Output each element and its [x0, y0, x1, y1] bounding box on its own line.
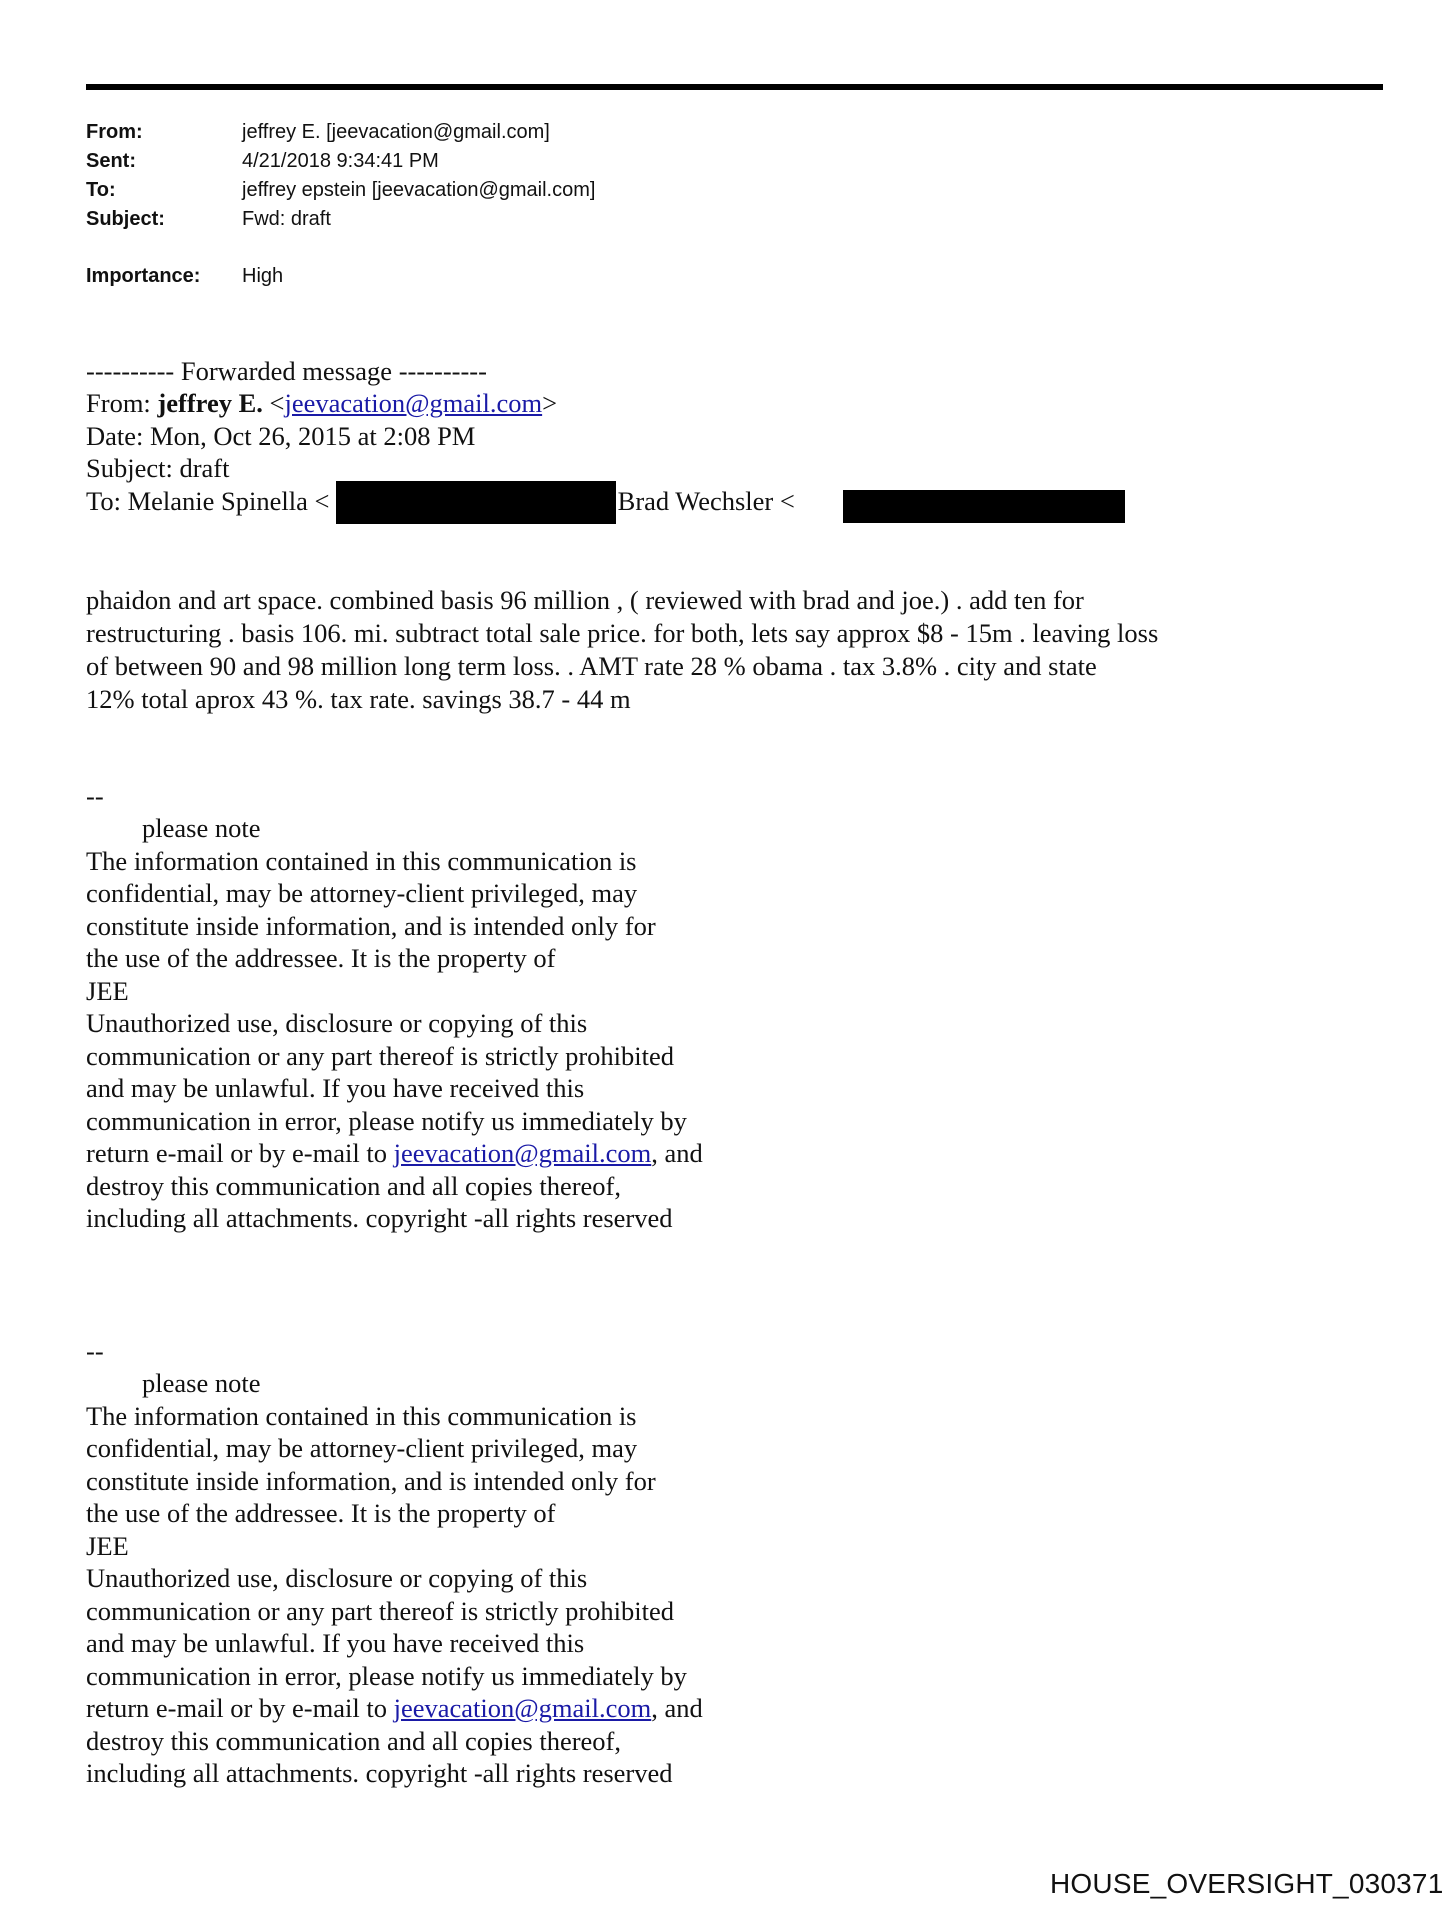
forwarded-subject: Subject: draft: [86, 452, 230, 484]
signature-please-note: please note: [142, 1367, 260, 1399]
forwarded-from: From: jeffrey E. <jeevacation@gmail.com>: [86, 387, 557, 419]
forwarded-from-open: <: [263, 388, 285, 418]
body-line: 12% total aprox 43 %. tax rate. savings …: [86, 683, 631, 715]
forwarded-date: Date: Mon, Oct 26, 2015 at 2:08 PM: [86, 420, 475, 452]
signature-line: The information contained in this commun…: [86, 845, 637, 877]
header-sent-label: Sent:: [86, 149, 136, 173]
forwarded-to-middle: >, Brad Wechsler <: [589, 486, 794, 516]
header-sent-value: 4/21/2018 9:34:41 PM: [242, 149, 439, 173]
signature-return-suffix: , and: [651, 1138, 703, 1168]
signature-line: including all attachments. copyright -al…: [86, 1757, 673, 1789]
header-from-label: From:: [86, 120, 143, 144]
header-subject-value: Fwd: draft: [242, 207, 331, 231]
signature-line: confidential, may be attorney-client pri…: [86, 1432, 637, 1464]
signature-line: destroy this communication and all copie…: [86, 1725, 621, 1757]
signature-line: communication or any part thereof is str…: [86, 1595, 674, 1627]
forwarded-from-prefix: From:: [86, 388, 157, 418]
signature-line: including all attachments. copyright -al…: [86, 1202, 673, 1234]
redaction-box-1: [336, 481, 616, 524]
signature-please-note: please note: [142, 812, 260, 844]
signature-line: and may be unlawful. If you have receive…: [86, 1627, 584, 1659]
forwarded-divider: ---------- Forwarded message ----------: [86, 355, 487, 387]
header-importance-label: Importance:: [86, 264, 200, 288]
signature-email-link[interactable]: jeevacation@gmail.com: [394, 1693, 652, 1723]
signature-line: Unauthorized use, disclosure or copying …: [86, 1007, 587, 1039]
signature-line: JEE: [86, 1530, 129, 1562]
signature-email-link[interactable]: jeevacation@gmail.com: [394, 1138, 652, 1168]
signature-line: communication or any part thereof is str…: [86, 1040, 674, 1072]
signature-dashes: --: [86, 780, 104, 812]
header-to-value: jeffrey epstein [jeevacation@gmail.com]: [242, 178, 595, 202]
forwarded-from-email-link[interactable]: jeevacation@gmail.com: [284, 388, 542, 418]
signature-line: and may be unlawful. If you have receive…: [86, 1072, 584, 1104]
signature-return-suffix: , and: [651, 1693, 703, 1723]
body-line: phaidon and art space. combined basis 96…: [86, 584, 1084, 616]
forwarded-to-prefix: To: Melanie Spinella <: [86, 486, 329, 516]
signature-line: communication in error, please notify us…: [86, 1105, 687, 1137]
signature-line: the use of the addressee. It is the prop…: [86, 942, 555, 974]
redaction-box-2: [843, 490, 1125, 523]
bates-number: HOUSE_OVERSIGHT_030371: [1050, 1868, 1443, 1900]
body-line: restructuring . basis 106. mi. subtract …: [86, 617, 1158, 649]
header-rule: [86, 84, 1383, 90]
header-subject-label: Subject:: [86, 207, 165, 231]
signature-line: confidential, may be attorney-client pri…: [86, 877, 637, 909]
signature-line: the use of the addressee. It is the prop…: [86, 1497, 555, 1529]
signature-line: destroy this communication and all copie…: [86, 1170, 621, 1202]
signature-dashes: --: [86, 1335, 104, 1367]
signature-line: communication in error, please notify us…: [86, 1660, 687, 1692]
forwarded-from-close: >: [542, 388, 557, 418]
signature-line: constitute inside information, and is in…: [86, 910, 656, 942]
signature-line: constitute inside information, and is in…: [86, 1465, 656, 1497]
signature-line: The information contained in this commun…: [86, 1400, 637, 1432]
body-line: of between 90 and 98 million long term l…: [86, 650, 1097, 682]
signature-return-prefix: return e-mail or by e-mail to: [86, 1138, 394, 1168]
signature-line: JEE: [86, 975, 129, 1007]
signature-return-line: return e-mail or by e-mail to jeevacatio…: [86, 1692, 703, 1724]
signature-return-prefix: return e-mail or by e-mail to: [86, 1693, 394, 1723]
header-to-label: To:: [86, 178, 116, 202]
signature-return-line: return e-mail or by e-mail to jeevacatio…: [86, 1137, 703, 1169]
signature-line: Unauthorized use, disclosure or copying …: [86, 1562, 587, 1594]
forwarded-from-name: jeffrey E.: [157, 388, 262, 418]
header-importance-value: High: [242, 264, 283, 288]
header-from-value: jeffrey E. [jeevacation@gmail.com]: [242, 120, 550, 144]
